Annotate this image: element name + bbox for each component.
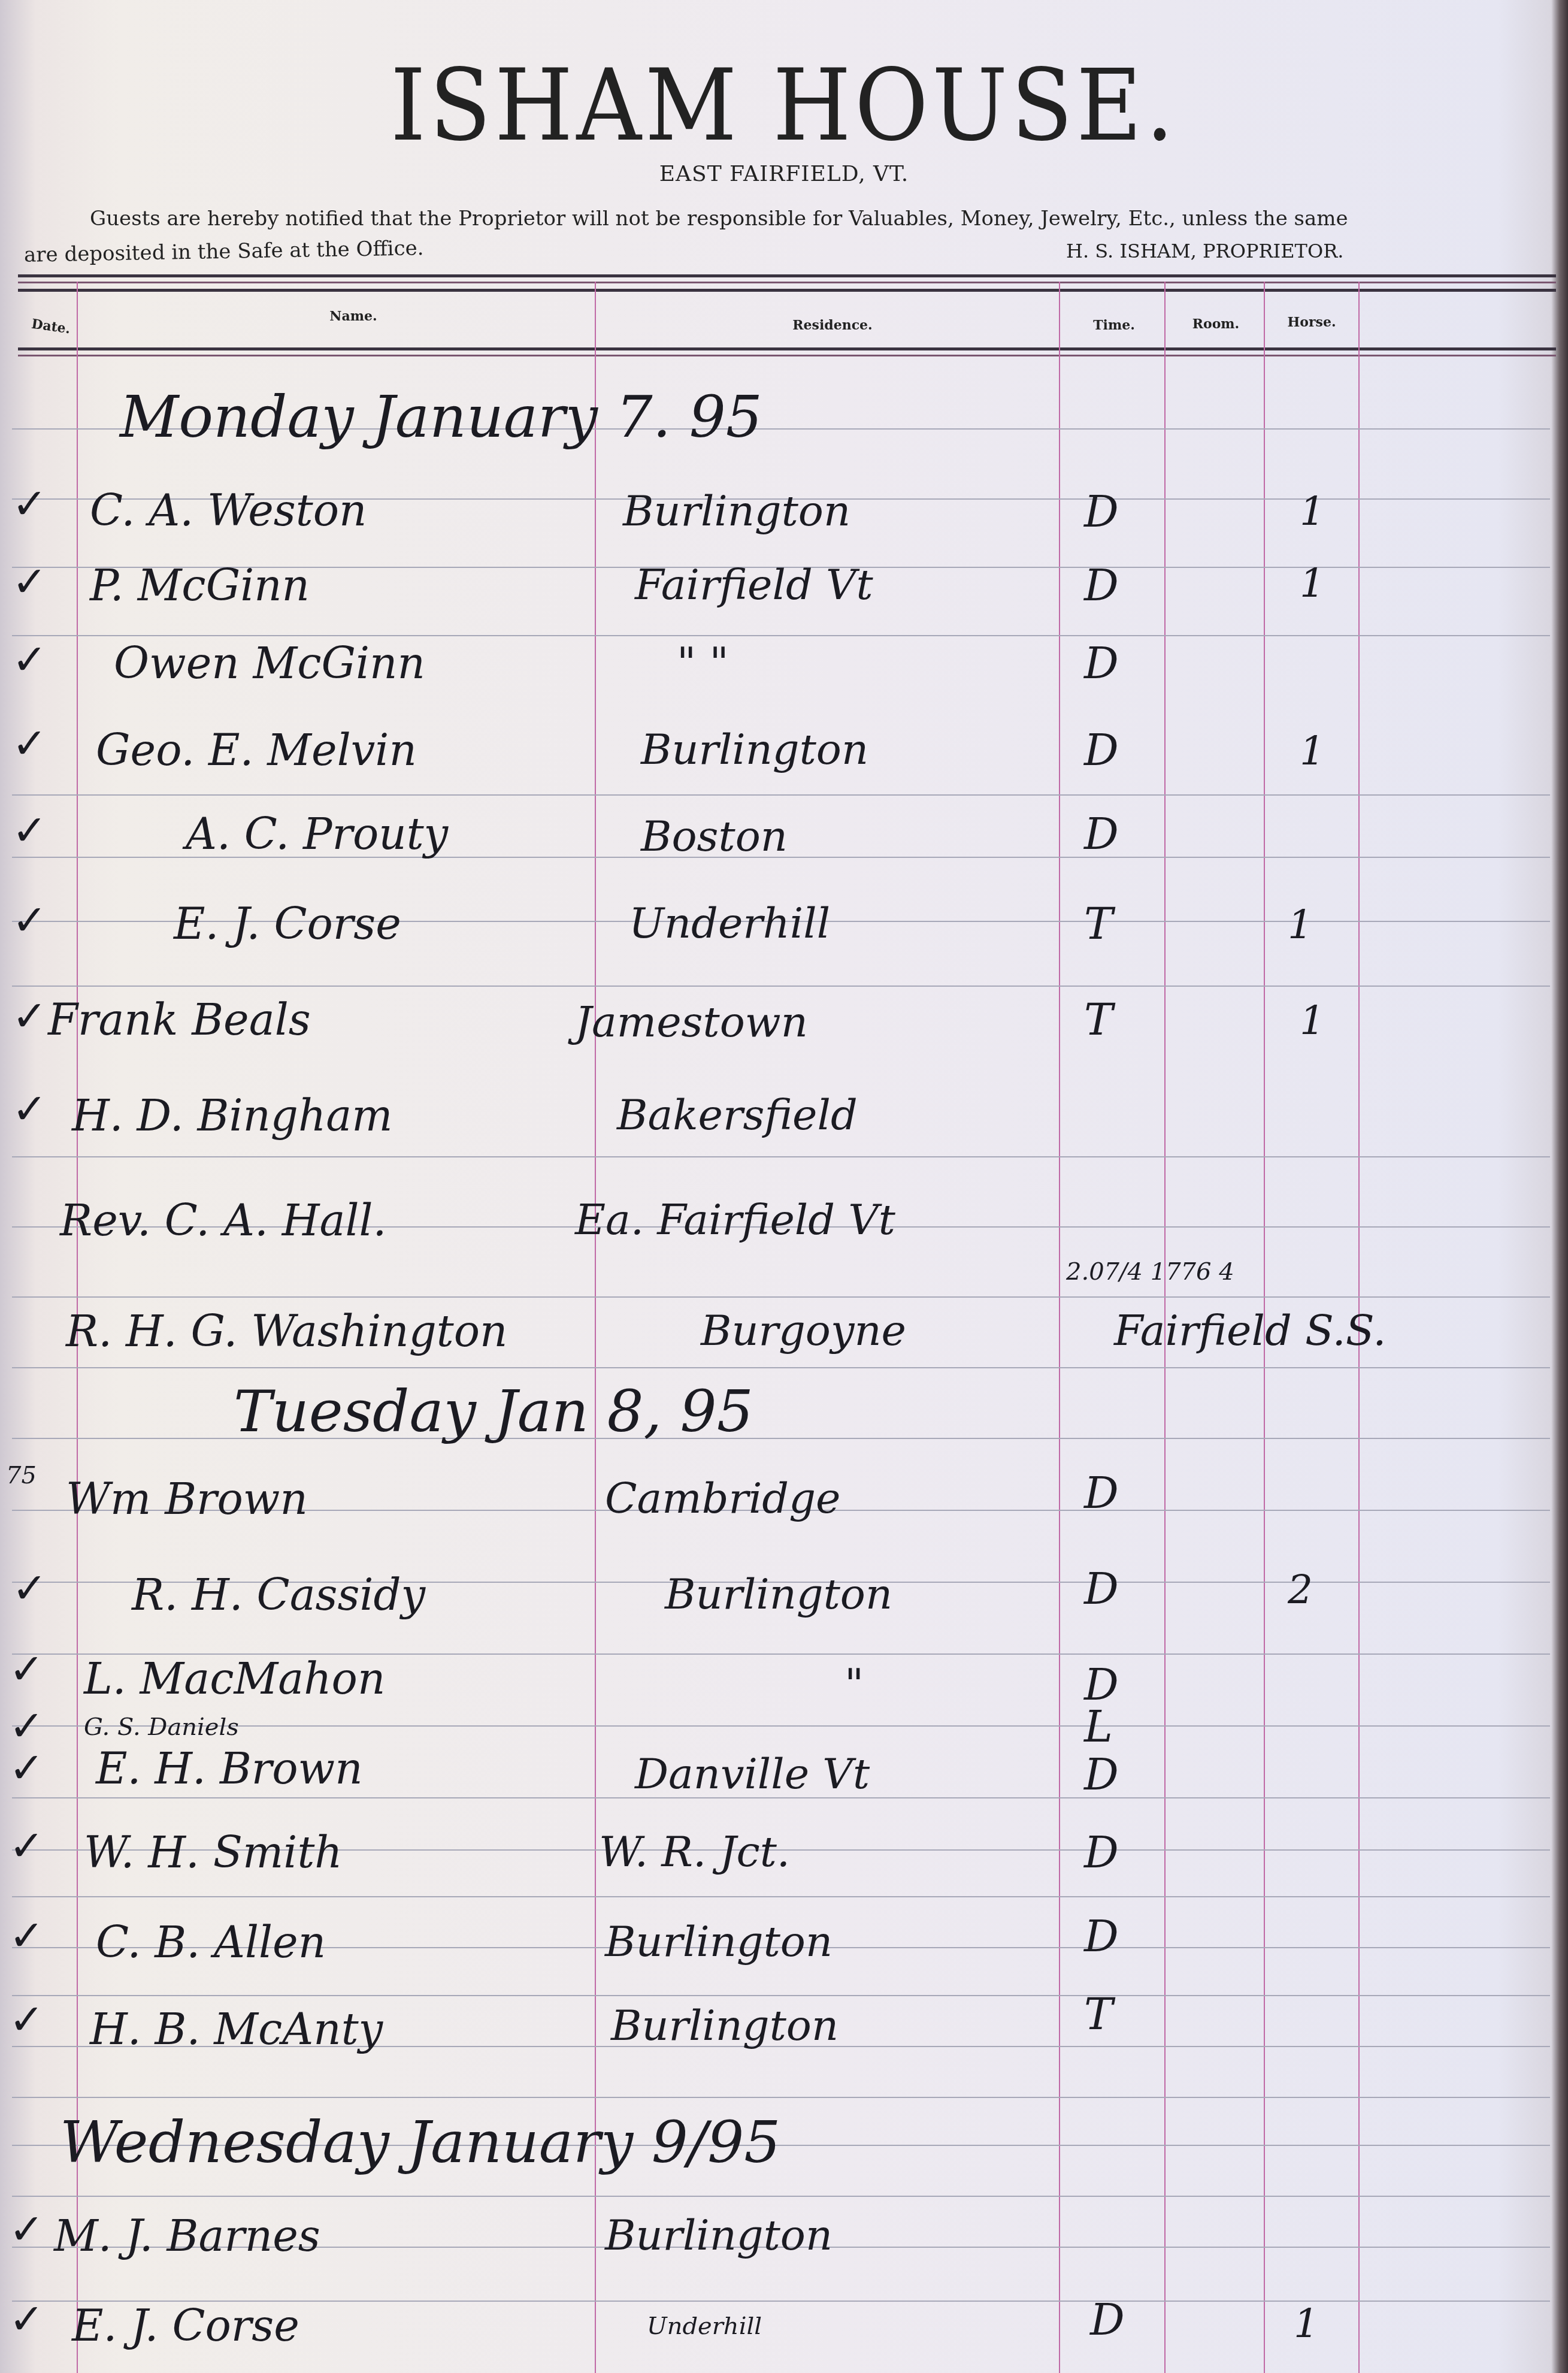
- entry-check: 75: [6, 1462, 37, 1489]
- column-header-residence: Residence.: [773, 318, 892, 333]
- entry-name: R. H. Cassidy: [132, 1570, 425, 1620]
- entry-time: D: [1084, 1749, 1119, 1800]
- entry-check: ✓: [9, 1645, 44, 1694]
- header-rule-bottom: [18, 347, 1556, 350]
- entry-residence: Ea. Fairfield Vt: [575, 1195, 895, 1244]
- entry-annotation: 2.07/4 1776 4: [1066, 1258, 1234, 1286]
- entry-residence: Cambridge: [605, 1474, 840, 1523]
- day-header-tuesday: Tuesday Jan 8, 95: [234, 1378, 753, 1445]
- entry-residence: ": [844, 1659, 864, 1709]
- entry-name: A. C. Prouty: [186, 809, 448, 859]
- entry-residence: Burlington: [665, 1570, 892, 1619]
- hotel-title: ISHAM HOUSE.: [0, 49, 1568, 163]
- entry-name: R. H. G. Washington: [66, 1306, 507, 1356]
- header-rule-top-2: [18, 282, 1556, 283]
- entry-check: ✓: [12, 719, 47, 768]
- entry-residence: Burlington: [611, 2001, 839, 2050]
- entry-name: G. S. Daniels: [84, 1713, 239, 1741]
- ruled-line: [12, 1725, 1550, 1727]
- column-header-room: Room.: [1180, 316, 1252, 332]
- entry-name: Rev. C. A. Hall.: [60, 1195, 386, 1246]
- entry-time: D: [1084, 1564, 1119, 1614]
- proprietor-signature: H. S. ISHAM, PROPRIETOR.: [1066, 240, 1343, 262]
- day-header-monday: Monday January 7. 95: [120, 383, 762, 451]
- entry-time: L: [1084, 1701, 1113, 1752]
- entry-check: ✓: [12, 896, 47, 945]
- day-header-wednesday: Wednesday January 9/95: [60, 2109, 780, 2176]
- entry-time: T: [1084, 994, 1113, 1045]
- entry-time: T: [1084, 899, 1113, 949]
- entry-check: ✓: [12, 991, 47, 1041]
- column-header-time: Time.: [1078, 318, 1150, 333]
- entry-name: Geo. E. Melvin: [96, 725, 417, 775]
- entry-name: H. B. McAnty: [90, 2004, 383, 2054]
- entry-check: ✓: [9, 1821, 44, 1870]
- safe-notice-line2: are deposited in the Safe at the Office.: [24, 236, 424, 267]
- column-header-horse: Horse.: [1276, 315, 1348, 330]
- entry-name: H. D. Bingham: [72, 1090, 392, 1141]
- entry-check: ✓: [12, 1564, 47, 1613]
- entry-time: T: [1084, 1989, 1113, 2039]
- entry-check: ✓: [12, 557, 47, 606]
- ruled-line: [12, 794, 1550, 796]
- header-rule-top: [18, 274, 1556, 277]
- ruled-line: [12, 1296, 1550, 1298]
- entry-residence: Jamestown: [575, 997, 808, 1047]
- column-divider-name: [595, 282, 596, 2373]
- entry-name: C. A. Weston: [90, 485, 367, 536]
- entry-check: ✓: [12, 806, 47, 855]
- entry-time: D: [1084, 486, 1119, 537]
- entry-horse: 1: [1300, 488, 1325, 534]
- entry-name: E. J. Corse: [174, 899, 401, 949]
- ruled-line: [12, 1367, 1550, 1368]
- entry-name: Wm Brown: [66, 1474, 308, 1524]
- entry-time: Fairfield S.S.: [1114, 1306, 1386, 1355]
- entry-check: ✓: [9, 1911, 44, 1960]
- entry-residence: " ": [677, 638, 729, 687]
- register-page: ISHAM HOUSE. EAST FAIRFIELD, VT. Guests …: [0, 0, 1568, 2373]
- ruled-line: [12, 986, 1550, 987]
- entry-check: ✓: [9, 1743, 44, 1792]
- entry-residence: Danville Vt: [635, 1749, 870, 1798]
- entry-residence: Underhill: [647, 2312, 762, 2340]
- entry-name: Owen McGinn: [114, 638, 425, 688]
- entry-time: D: [1084, 1827, 1119, 1878]
- column-header-name: Name.: [299, 309, 407, 324]
- entry-time: D: [1084, 1468, 1119, 1518]
- entry-residence: Burlington: [623, 486, 850, 536]
- entry-name: M. J. Barnes: [54, 2211, 320, 2261]
- entry-residence: Fairfield Vt: [635, 560, 873, 609]
- entry-check: ✓: [12, 479, 47, 528]
- entry-check: ✓: [9, 2295, 44, 2344]
- entry-residence: W. R. Jct.: [599, 1827, 790, 1876]
- entry-check: ✓: [9, 2205, 44, 2254]
- entry-residence: Bakersfield: [617, 1090, 858, 1139]
- entry-time: D: [1084, 560, 1119, 610]
- entry-horse: 1: [1294, 2301, 1319, 2347]
- column-divider-residence: [1059, 282, 1060, 2373]
- entry-check: ✓: [9, 1995, 44, 2044]
- column-header-date: Date.: [29, 316, 73, 337]
- ruled-line: [12, 1156, 1550, 1157]
- ruled-line: [12, 1896, 1550, 1897]
- hotel-location: EAST FAIRFIELD, VT.: [0, 162, 1568, 186]
- entry-time: D: [1084, 725, 1119, 775]
- header-rule-bottom-2: [18, 355, 1556, 356]
- entry-time: D: [1084, 1911, 1119, 1961]
- entry-time: D: [1090, 2295, 1125, 2345]
- entry-horse: 2: [1288, 1567, 1313, 1613]
- entry-name: W. H. Smith: [84, 1827, 343, 1878]
- entry-residence: Burlington: [605, 1917, 833, 1966]
- entry-time: D: [1084, 809, 1119, 859]
- entry-name: P. McGinn: [90, 560, 310, 610]
- ruled-line: [12, 1995, 1550, 1996]
- entry-name: E. H. Brown: [96, 1743, 363, 1794]
- ruled-line: [12, 2097, 1550, 2098]
- header-rule-top-3: [18, 289, 1556, 292]
- entry-residence: Underhill: [629, 899, 830, 948]
- entry-name: Frank Beals: [48, 994, 311, 1045]
- entry-horse: 1: [1288, 902, 1313, 948]
- entry-residence: Burlington: [641, 725, 868, 774]
- entry-horse: 1: [1300, 728, 1325, 774]
- entry-name: E. J. Corse: [72, 2301, 299, 2351]
- entry-horse: 1: [1300, 560, 1325, 606]
- entry-residence: Boston: [641, 812, 788, 861]
- entry-check: ✓: [12, 1084, 47, 1133]
- entry-name: C. B. Allen: [96, 1917, 326, 1967]
- ruled-line: [12, 2196, 1550, 2197]
- entry-residence: Burgoyne: [701, 1306, 906, 1355]
- safe-notice-line1: Guests are hereby notified that the Prop…: [90, 207, 1348, 231]
- entry-check: ✓: [12, 635, 47, 684]
- ruled-line: [12, 635, 1550, 636]
- entry-name: L. MacMahon: [84, 1653, 385, 1704]
- entry-residence: Burlington: [605, 2211, 833, 2260]
- entry-time: D: [1084, 638, 1119, 688]
- entry-horse: 1: [1300, 997, 1325, 1044]
